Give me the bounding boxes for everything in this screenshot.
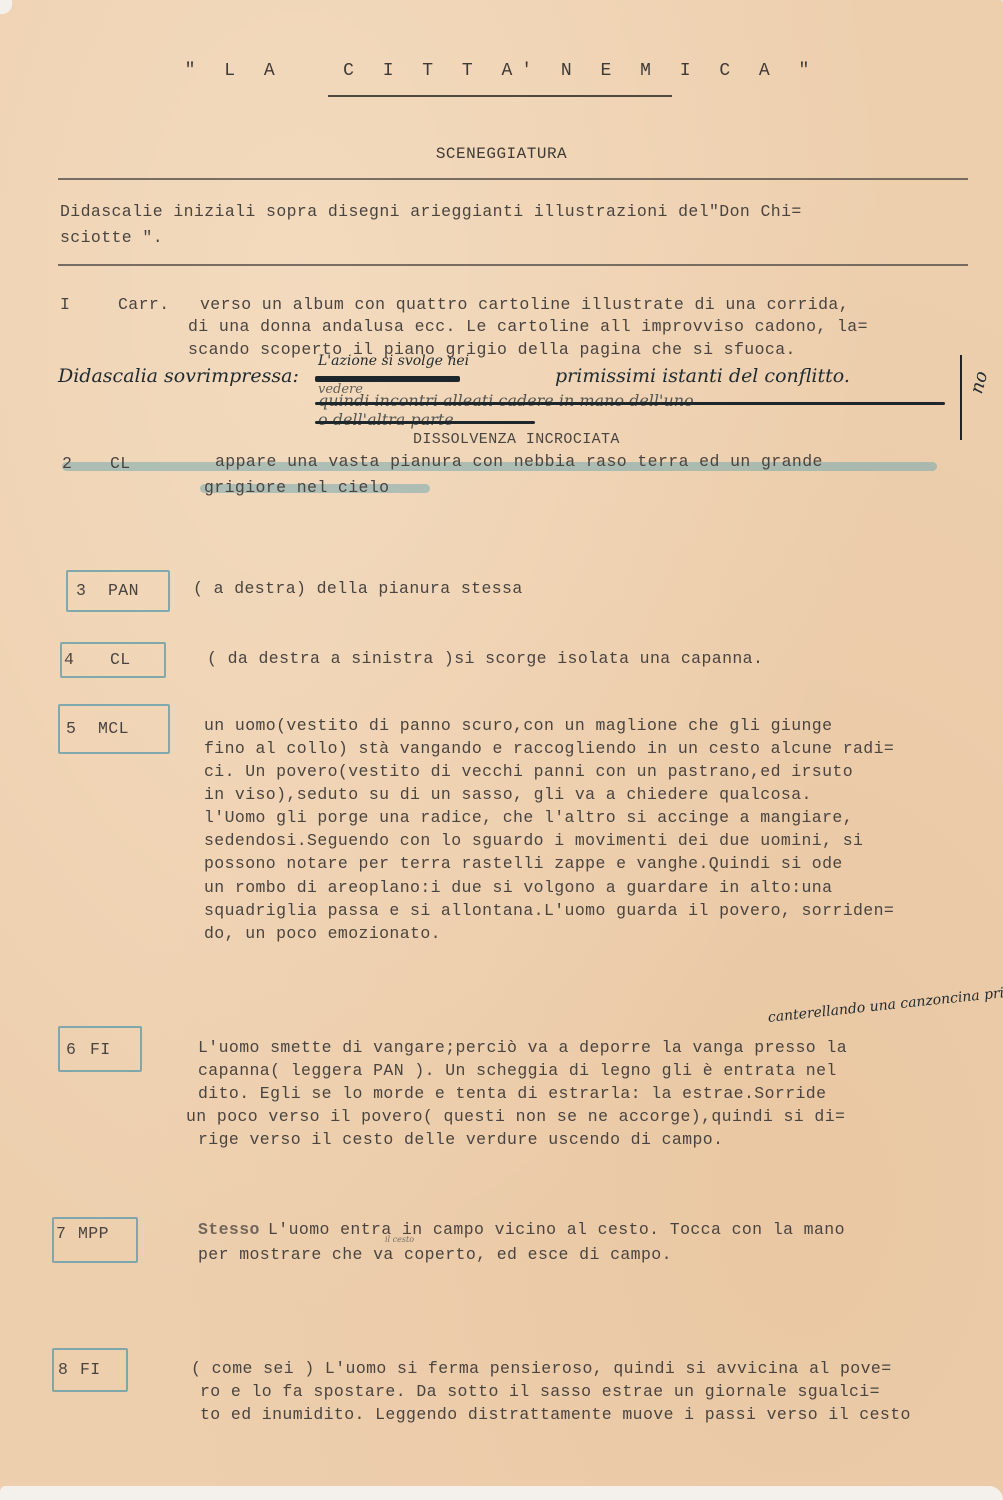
scene-number: 7 — [56, 1222, 66, 1246]
scene-line: ci. Un povero(vestito di vecchi panni co… — [204, 760, 853, 784]
scene-line: appare una vasta pianura con nebbia raso… — [215, 450, 823, 474]
shot-type: PAN — [108, 579, 139, 603]
shot-type: MCL — [98, 717, 129, 741]
handwritten-text: primissimi istanti del conflitto. — [555, 365, 850, 387]
scene-line: un poco verso il povero( questi non se n… — [186, 1105, 845, 1129]
scene-number: I — [60, 293, 70, 317]
scene-line: fino al collo) stà vangando e raccoglien… — [204, 737, 894, 761]
scene-line: ( come sei ) L'uomo si ferma pensieroso,… — [191, 1357, 892, 1381]
struck-text: quindi incontri alleati cadere in mano d… — [318, 391, 694, 410]
scene-line: ( a destra) della pianura stessa — [193, 577, 523, 601]
handwritten-label: Didascalia sovrimpressa: — [58, 365, 299, 387]
shot-type: CL — [110, 452, 131, 476]
scene-line: scando scoperto il piano grigio della pa… — [188, 338, 796, 362]
shot-type: CL — [110, 648, 131, 672]
scene-number: 2 — [62, 452, 72, 476]
struck-prefix: Stesso — [198, 1218, 260, 1242]
shot-type: MPP — [78, 1222, 109, 1246]
struck-text: o dell'altra parte — [318, 410, 454, 429]
scene-line: per mostrare che va coperto, ed esce di … — [198, 1243, 672, 1267]
scene-line: ( da destra a sinistra )si scorge isolat… — [207, 647, 763, 671]
scene-number: 8 — [58, 1358, 68, 1382]
scene-number: 5 — [66, 717, 76, 741]
scene-line: ro e lo fa spostare. Da sotto il sasso e… — [200, 1380, 880, 1404]
paper-tear — [0, 0, 12, 14]
scene-line: to ed inumidito. Leggendo distrattamente… — [200, 1403, 911, 1427]
scene-line: L'uomo entra in campo vicino al cesto. T… — [268, 1218, 845, 1242]
scene-line: sedendosi.Seguendo con lo sguardo i movi… — [204, 829, 863, 853]
scene-number: 3 — [76, 579, 86, 603]
shot-type: FI — [80, 1358, 101, 1382]
scene-line: rige verso il cesto delle verdure uscend… — [198, 1128, 723, 1152]
title-underline — [328, 95, 672, 97]
scene-line: in viso),seduto su di un sasso, gli va a… — [204, 783, 812, 807]
scene-number: 4 — [64, 648, 74, 672]
scene-line: l'Uomo gli porge una radice, che l'altro… — [204, 806, 853, 830]
typewritten-page: " L A C I T T A' N E M I C A " SCENEGGIA… — [0, 0, 1003, 1500]
handwritten-insert: il cesto — [385, 1235, 414, 1244]
scene-line: squadriglia passa e si allontana.L'uomo … — [204, 899, 894, 923]
scene-line: un uomo(vestito di panno scuro,con un ma… — [204, 714, 832, 738]
scene-line: do, un poco emozionato. — [204, 922, 441, 946]
handwritten-insert: canterellando una canzoncina primitiva. — [767, 980, 1003, 1026]
scene-line: grigiore nel cielo — [204, 476, 389, 500]
scene-line: possono notare per terra rastelli zappe … — [204, 852, 843, 876]
scene-line: un rombo di areoplano:i due si volgono a… — [204, 876, 832, 900]
transition-label: DISSOLVENZA INCROCIATA — [413, 428, 620, 452]
document-title: " L A C I T T A' N E M I C A " — [0, 60, 1003, 84]
scene-line: capanna( leggera PAN ). Un scheggia di l… — [198, 1059, 837, 1083]
paper-edge — [0, 1486, 1003, 1500]
divider — [58, 178, 968, 180]
scene-number: 6 — [66, 1038, 76, 1062]
intro-line: Didascalie iniziali sopra disegni ariegg… — [60, 200, 802, 224]
margin-mark: no — [966, 369, 992, 396]
intro-line: sciotte ". — [60, 226, 163, 250]
handwritten-insert: L'azione si svolge nei — [318, 353, 469, 369]
margin-line — [960, 355, 962, 440]
scene-line: dito. Egli se lo morde e tenta di estrar… — [198, 1082, 826, 1106]
scene-line: di una donna andalusa ecc. Le cartoline … — [188, 315, 868, 339]
ink-strikethrough — [315, 421, 535, 424]
shot-type: Carr. — [118, 293, 170, 317]
scene-line: verso un album con quattro cartoline ill… — [200, 293, 849, 317]
shot-type: FI — [90, 1038, 111, 1062]
divider — [58, 264, 968, 266]
document-subtitle: SCENEGGIATURA — [0, 143, 1003, 167]
ink-strikethrough — [315, 402, 945, 405]
scene-line: L'uomo smette di vangare;perciò va a dep… — [198, 1036, 847, 1060]
